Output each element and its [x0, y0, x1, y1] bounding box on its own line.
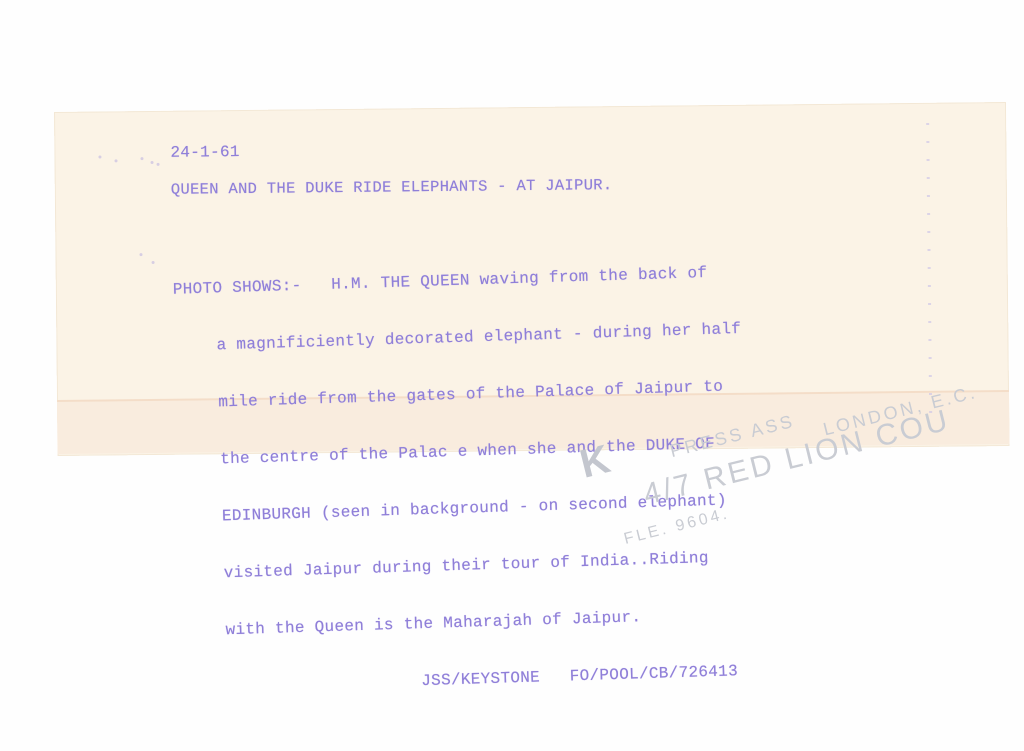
ink-speckle	[140, 157, 143, 160]
ink-speckle	[151, 161, 154, 164]
scanned-page: 24-1-61 QUEEN AND THE DUKE RIDE ELEPHANT…	[0, 0, 1024, 751]
ink-speckle	[114, 159, 117, 162]
ink-speckle	[98, 156, 101, 159]
caption-line: PHOTO SHOWS:- H.M. THE QUEEN waving from…	[173, 263, 740, 300]
stamp-logo: K	[576, 436, 618, 487]
ink-speckle	[157, 163, 160, 166]
ink-speckle	[152, 261, 155, 264]
ink-speckle	[139, 253, 142, 256]
stamp-phone: FLE. 9604.	[622, 505, 731, 549]
document-date: 24-1-61	[170, 144, 239, 161]
document-headline: QUEEN AND THE DUKE RIDE ELEPHANTS - AT J…	[171, 178, 613, 198]
caption-line: with the Queen is the Maharajah of Jaipu…	[183, 605, 750, 642]
photo-credit: JSS/KEYSTONE FO/POOL/CB/726413	[185, 662, 752, 699]
caption-line: a magnificiently decorated elephant - du…	[174, 320, 741, 357]
